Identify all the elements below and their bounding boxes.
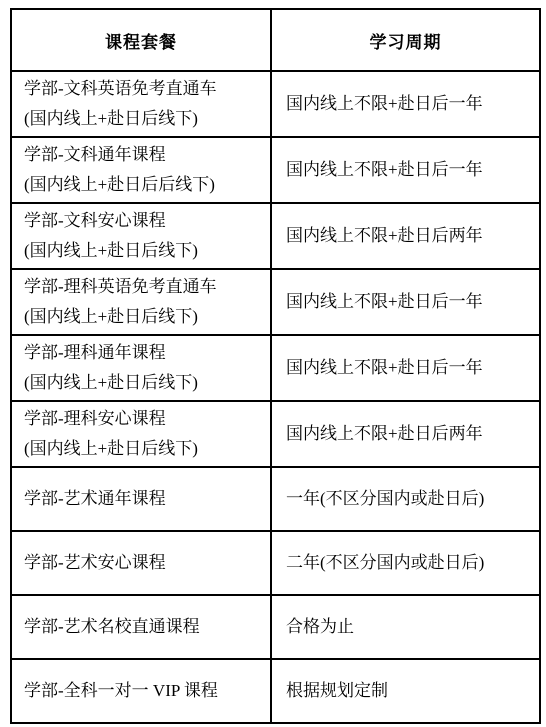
package-cell: 学部-理科英语免考直通车 (国内线上+赴日后线下) bbox=[11, 269, 271, 335]
package-line-1: 学部-理科安心课程 bbox=[24, 404, 264, 434]
table-row: 学部-文科通年课程 (国内线上+赴日后后线下) 国内线上不限+赴日后一年 bbox=[11, 137, 540, 203]
package-line-2: (国内线上+赴日后线下) bbox=[24, 236, 264, 266]
column-header-period: 学习周期 bbox=[271, 9, 540, 71]
period-text: 根据规划定制 bbox=[286, 678, 533, 704]
package-cell: 学部-文科安心课程 (国内线上+赴日后线下) bbox=[11, 203, 271, 269]
table-row: 学部-文科安心课程 (国内线上+赴日后线下) 国内线上不限+赴日后两年 bbox=[11, 203, 540, 269]
period-cell: 国内线上不限+赴日后一年 bbox=[271, 269, 540, 335]
package-line-1: 学部-艺术安心课程 bbox=[24, 548, 264, 578]
header-row: 课程套餐 学习周期 bbox=[11, 9, 540, 71]
package-line-1: 学部-艺术通年课程 bbox=[24, 484, 264, 514]
package-line-2: (国内线上+赴日后后线下) bbox=[24, 170, 264, 200]
period-text: 国内线上不限+赴日后两年 bbox=[286, 421, 533, 447]
period-text: 国内线上不限+赴日后一年 bbox=[286, 91, 533, 117]
period-text: 国内线上不限+赴日后一年 bbox=[286, 157, 533, 183]
package-cell: 学部-理科安心课程 (国内线上+赴日后线下) bbox=[11, 401, 271, 467]
period-cell: 一年(不区分国内或赴日后) bbox=[271, 467, 540, 531]
period-text: 国内线上不限+赴日后一年 bbox=[286, 355, 533, 381]
package-line-1: 学部-理科通年课程 bbox=[24, 338, 264, 368]
package-line-2: (国内线上+赴日后线下) bbox=[24, 434, 264, 464]
course-package-table: 课程套餐 学习周期 学部-文科英语免考直通车 (国内线上+赴日后线下) 国内线上… bbox=[10, 8, 541, 724]
period-text: 一年(不区分国内或赴日后) bbox=[286, 486, 533, 512]
column-header-package: 课程套餐 bbox=[11, 9, 271, 71]
package-line-1: 学部-全科一对一 VIP 课程 bbox=[24, 676, 264, 706]
package-line-2: (国内线上+赴日后线下) bbox=[24, 104, 264, 134]
package-line-1: 学部-文科英语免考直通车 bbox=[24, 74, 264, 104]
table-row: 学部-全科一对一 VIP 课程 根据规划定制 bbox=[11, 659, 540, 723]
period-text: 二年(不区分国内或赴日后) bbox=[286, 550, 533, 576]
package-line-1: 学部-艺术名校直通课程 bbox=[24, 612, 264, 642]
table-row: 学部-艺术名校直通课程 合格为止 bbox=[11, 595, 540, 659]
table-row: 学部-文科英语免考直通车 (国内线上+赴日后线下) 国内线上不限+赴日后一年 bbox=[11, 71, 540, 137]
period-cell: 二年(不区分国内或赴日后) bbox=[271, 531, 540, 595]
package-cell: 学部-文科英语免考直通车 (国内线上+赴日后线下) bbox=[11, 71, 271, 137]
package-cell: 学部-艺术名校直通课程 bbox=[11, 595, 271, 659]
period-cell: 国内线上不限+赴日后两年 bbox=[271, 401, 540, 467]
period-cell: 国内线上不限+赴日后一年 bbox=[271, 137, 540, 203]
table-row: 学部-理科安心课程 (国内线上+赴日后线下) 国内线上不限+赴日后两年 bbox=[11, 401, 540, 467]
period-text: 国内线上不限+赴日后两年 bbox=[286, 223, 533, 249]
period-cell: 国内线上不限+赴日后一年 bbox=[271, 71, 540, 137]
package-line-1: 学部-理科英语免考直通车 bbox=[24, 272, 264, 302]
package-line-2: (国内线上+赴日后线下) bbox=[24, 368, 264, 398]
period-cell: 合格为止 bbox=[271, 595, 540, 659]
package-line-1: 学部-文科安心课程 bbox=[24, 206, 264, 236]
table-row: 学部-艺术安心课程 二年(不区分国内或赴日后) bbox=[11, 531, 540, 595]
table-row: 学部-艺术通年课程 一年(不区分国内或赴日后) bbox=[11, 467, 540, 531]
period-cell: 国内线上不限+赴日后一年 bbox=[271, 335, 540, 401]
package-cell: 学部-艺术通年课程 bbox=[11, 467, 271, 531]
package-cell: 学部-全科一对一 VIP 课程 bbox=[11, 659, 271, 723]
period-cell: 根据规划定制 bbox=[271, 659, 540, 723]
table-row: 学部-理科通年课程 (国内线上+赴日后线下) 国内线上不限+赴日后一年 bbox=[11, 335, 540, 401]
period-text: 国内线上不限+赴日后一年 bbox=[286, 289, 533, 315]
package-line-1: 学部-文科通年课程 bbox=[24, 140, 264, 170]
package-cell: 学部-理科通年课程 (国内线上+赴日后线下) bbox=[11, 335, 271, 401]
period-text: 合格为止 bbox=[286, 614, 533, 640]
package-line-2: (国内线上+赴日后线下) bbox=[24, 302, 264, 332]
package-cell: 学部-文科通年课程 (国内线上+赴日后后线下) bbox=[11, 137, 271, 203]
package-cell: 学部-艺术安心课程 bbox=[11, 531, 271, 595]
period-cell: 国内线上不限+赴日后两年 bbox=[271, 203, 540, 269]
table-row: 学部-理科英语免考直通车 (国内线上+赴日后线下) 国内线上不限+赴日后一年 bbox=[11, 269, 540, 335]
course-table-container: 课程套餐 学习周期 学部-文科英语免考直通车 (国内线上+赴日后线下) 国内线上… bbox=[10, 8, 541, 724]
